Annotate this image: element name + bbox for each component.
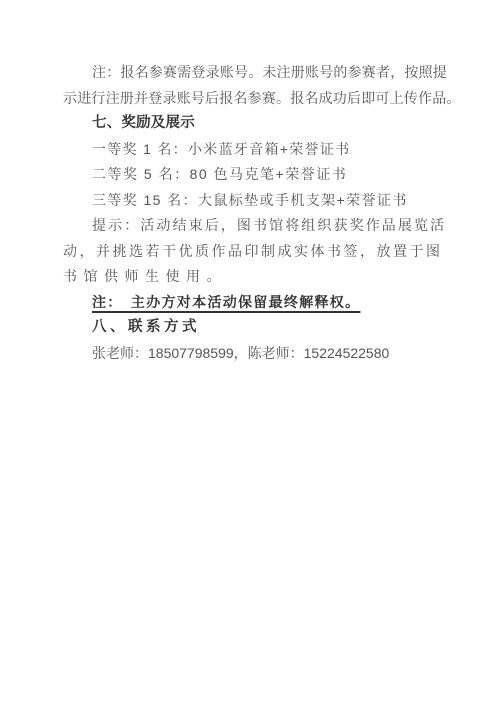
exhibition-tip-line-1: 提示：活动结束后，图书馆将组织获奖作品展览活 [63, 213, 463, 239]
exhibition-tip-line-3: 书馆供师生使用。 [63, 264, 463, 290]
first-prize-line: 一等奖 1 名：小米蓝牙音箱+荣誉证书 [63, 137, 463, 163]
document-content: 注：报名参赛需登录账号。未注册账号的参赛者，按照提 示进行注册并登录账号后报名参… [63, 60, 463, 366]
awards-section-heading: 七、奖励及展示 [63, 111, 463, 137]
exhibition-tip-line-2: 动，并挑选若干优质作品印制成实体书签，放置于图 [63, 239, 463, 265]
rights-note-underlined-text: 注： 主办方对本活动保留最终解释权。 [92, 294, 360, 310]
registration-note-line-1: 注：报名参赛需登录账号。未注册账号的参赛者，按照提 [63, 60, 463, 86]
registration-note-line-2: 示进行注册并登录账号后报名参赛。报名成功后即可上传作品。 [63, 86, 463, 112]
contact-section-heading: 八、联系方式 [63, 315, 463, 341]
third-prize-line: 三等奖 15 名：大鼠标垫或手机支架+荣誉证书 [63, 188, 463, 214]
document-page: 注：报名参赛需登录账号。未注册账号的参赛者，按照提 示进行注册并登录账号后报名参… [0, 0, 500, 707]
second-prize-line: 二等奖 5 名：80 色马克笔+荣誉证书 [63, 162, 463, 188]
rights-note-line: 注： 主办方对本活动保留最终解释权。 [63, 290, 463, 316]
contact-info-line: 张老师：18507798599，陈老师：15224522580 [63, 341, 463, 367]
